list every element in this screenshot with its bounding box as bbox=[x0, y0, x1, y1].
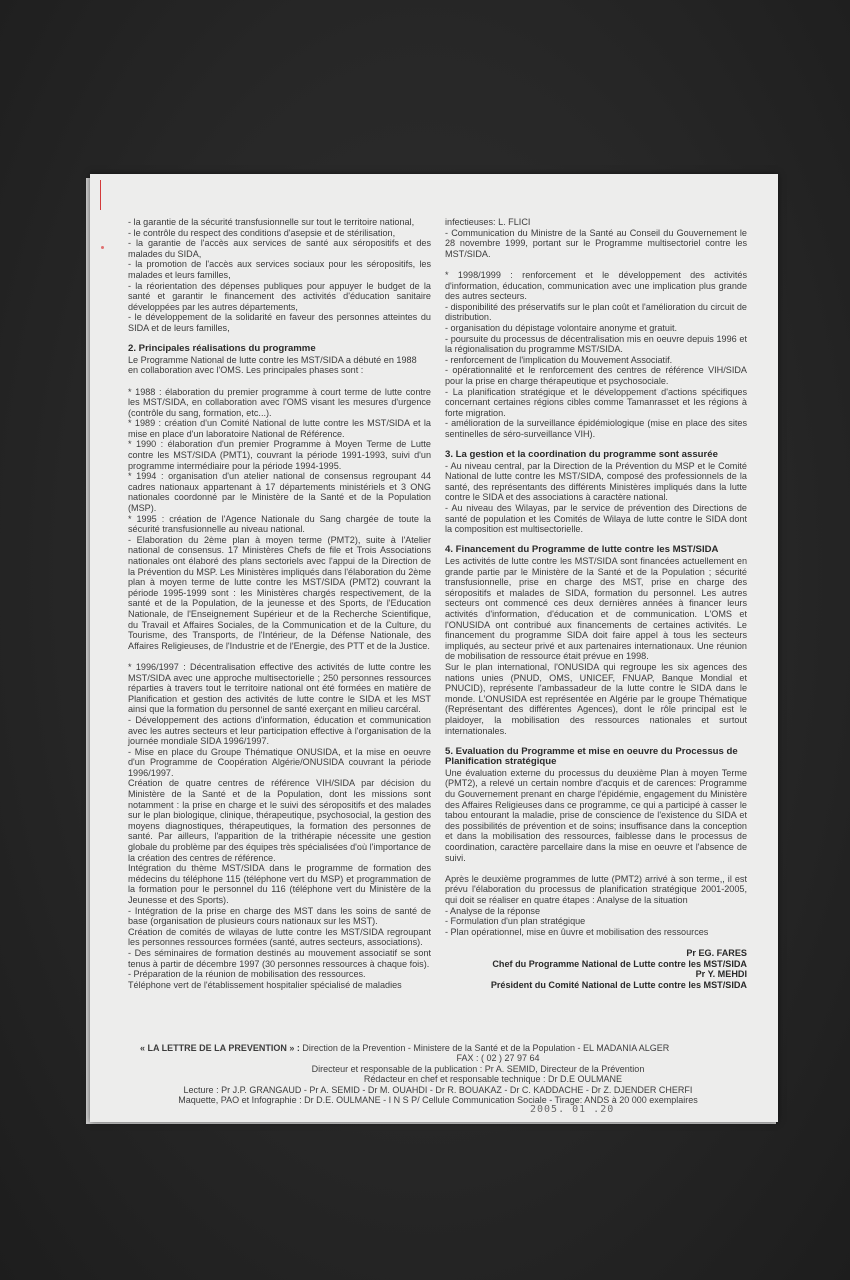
signature-name: Pr EG. FARES bbox=[445, 948, 747, 959]
signature-title: Président du Comité National de Lutte co… bbox=[445, 980, 747, 991]
phase-item: Intégration du thème MST/SIDA dans le pr… bbox=[128, 863, 431, 905]
phase-item: * 1990 : élaboration d'un premier Progra… bbox=[128, 439, 431, 471]
phase-item: - amélioration de la surveillance épidém… bbox=[445, 418, 747, 439]
bullet: - la garantie de la sécurité transfusion… bbox=[128, 217, 431, 228]
continuation-text: - Communication du Ministre de la Santé … bbox=[445, 228, 747, 260]
section-3-paragraph: - Au niveau central, par la Direction de… bbox=[445, 461, 747, 503]
footer-director: Directeur et responsable de la publicati… bbox=[128, 1064, 748, 1074]
bullet: - la promotion de l'accès aux services s… bbox=[128, 259, 431, 280]
footer-masthead: « LA LETTRE DE LA PREVENTION » : Directi… bbox=[128, 1043, 748, 1053]
handwritten-date-stamp: 2005. 01 .20 bbox=[530, 1104, 614, 1115]
publication-footer: « LA LETTRE DE LA PREVENTION » : Directi… bbox=[128, 1043, 748, 1105]
section-4-paragraph: Les activités de lutte contre les MST/SI… bbox=[445, 556, 747, 662]
publication-name: « LA LETTRE DE LA PREVENTION » : bbox=[140, 1043, 300, 1053]
phase-item: Téléphone vert de l'établissement hospit… bbox=[128, 980, 431, 991]
phase-item: - Préparation de la réunion de mobilisat… bbox=[128, 969, 431, 980]
phase-item: * 1995 : création de l'Agence Nationale … bbox=[128, 514, 431, 535]
phase-item: - Développement des actions d'informatio… bbox=[128, 715, 431, 747]
section-4-heading: 4. Financement du Programme de lutte con… bbox=[445, 545, 747, 556]
section-5-after: Après le deuxième programmes de lutte (P… bbox=[445, 874, 747, 906]
continuation-text: infectieuses: L. FLICI bbox=[445, 217, 747, 228]
publisher-address: Direction de la Prevention - Ministere d… bbox=[300, 1043, 669, 1053]
section-3-heading: 3. La gestion et la coordination du prog… bbox=[445, 450, 747, 461]
phase-item: * 1998/1999 : renforcement et le dévelop… bbox=[445, 270, 747, 302]
footer-editor: Rédacteur en chef et responsable techniq… bbox=[128, 1074, 748, 1084]
section-4-paragraph: Sur le plan international, l'ONUSIDA qui… bbox=[445, 662, 747, 736]
phase-item: - Intégration de la prise en charge des … bbox=[128, 906, 431, 927]
phase-item: - organisation du dépistage volontaire a… bbox=[445, 323, 747, 334]
section-5-step: - Analyse de la réponse bbox=[445, 906, 747, 917]
section-5-paragraph: Une évaluation externe du processus du d… bbox=[445, 768, 747, 863]
section-2-intro: en collaboration avec l'OMS. Les princip… bbox=[128, 365, 431, 376]
phase-item: * 1996/1997 : Décentralisation effective… bbox=[128, 662, 431, 715]
red-margin-mark bbox=[100, 180, 101, 210]
phase-item: * 1989 : création d'un Comité National d… bbox=[128, 418, 431, 439]
section-2-intro: Le Programme National de lutte contre le… bbox=[128, 355, 431, 366]
phase-item: * 1994 : organisation d'un atelier natio… bbox=[128, 471, 431, 513]
right-column: infectieuses: L. FLICI - Communication d… bbox=[445, 217, 747, 990]
bullet: - la réorientation des dépenses publique… bbox=[128, 281, 431, 313]
phase-item: - Elaboration du 2ème plan à moyen terme… bbox=[128, 535, 431, 652]
footer-readers: Lecture : Pr J.P. GRANGAUD - Pr A. SEMID… bbox=[128, 1085, 748, 1095]
phase-item: - Mise en place du Groupe Thématique ONU… bbox=[128, 747, 431, 779]
phase-item: - renforcement de l'implication du Mouve… bbox=[445, 355, 747, 366]
phase-item: Création de quatre centres de référence … bbox=[128, 778, 431, 863]
bullet: - la garantie de l'accès aux services de… bbox=[128, 238, 431, 259]
section-2-heading: 2. Principales réalisations du programme bbox=[128, 344, 431, 355]
phase-item: - poursuite du processus de décentralisa… bbox=[445, 334, 747, 355]
section-5-step: - Formulation d'un plan stratégique bbox=[445, 916, 747, 927]
bullet: - le contrôle du respect des conditions … bbox=[128, 228, 431, 239]
phase-item: - La planification stratégique et le dév… bbox=[445, 387, 747, 419]
signature-title: Chef du Programme National de Lutte cont… bbox=[445, 959, 747, 970]
phase-item: * 1988 : élaboration du premier programm… bbox=[128, 387, 431, 419]
bullet: - le développement de la solidarité en f… bbox=[128, 312, 431, 333]
section-3-paragraph: - Au niveau des Wilayas, par le service … bbox=[445, 503, 747, 535]
phase-item: - disponibilité des préservatifs sur le … bbox=[445, 302, 747, 323]
section-5-heading: 5. Evaluation du Programme et mise en oe… bbox=[445, 747, 747, 768]
footer-layout: Maquette, PAO et Infographie : Dr D.E. O… bbox=[128, 1095, 748, 1105]
red-dot-mark bbox=[101, 246, 104, 249]
left-column: - la garantie de la sécurité transfusion… bbox=[128, 217, 431, 990]
phase-item: - opérationnalité et le renforcement des… bbox=[445, 365, 747, 386]
footer-fax: FAX : ( 02 ) 27 97 64 bbox=[128, 1053, 748, 1063]
phase-item: Création de comités de wilayas de lutte … bbox=[128, 927, 431, 948]
phase-item: - Des séminaires de formation destinés a… bbox=[128, 948, 431, 969]
signature-name: Pr Y. MEHDI bbox=[445, 969, 747, 980]
section-5-step: - Plan opérationnel, mise en ûuvre et mo… bbox=[445, 927, 747, 938]
